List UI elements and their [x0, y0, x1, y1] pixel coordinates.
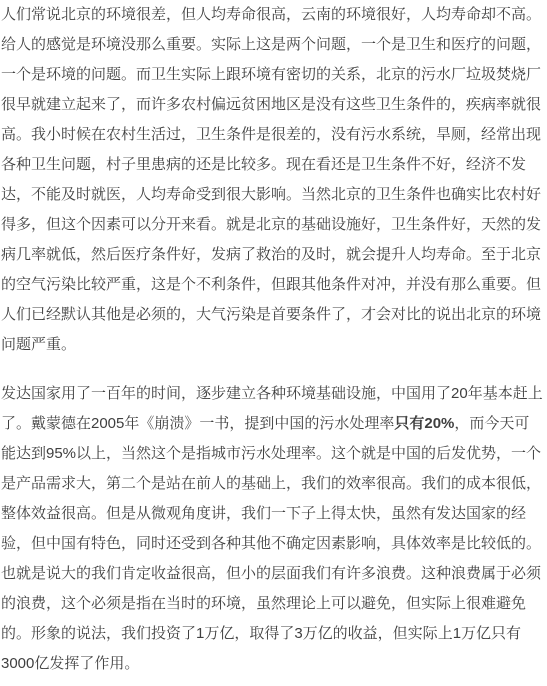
- text-segment: 各种卫生问题，村子里患病的还是比较多。现在看还是卫生条件不好，经济不发: [1, 156, 526, 173]
- text-line: 了。戴蒙德在2005年《崩溃》一书，提到中国的污水处理率只有20%，而今天可: [1, 409, 547, 439]
- text-line: 的空气污染比较严重，这是个不利条件，但跟其他条件对冲，并没有那么重要。但: [1, 270, 547, 300]
- paragraph: 人们常说北京的环境很差，但人均寿命很高，云南的环境很好，人均寿命却不高。给人的感…: [1, 0, 547, 360]
- text-segment: 3000亿发挥了作用。: [1, 655, 139, 672]
- text-segment: 能达到95%以上，当然这个是指城市污水处理率。这个就是中国的后发优势，一个: [1, 445, 541, 462]
- text-line: 给人的感觉是环境没那么重要。实际上这是两个问题，一个是卫生和医疗的问题，: [1, 30, 547, 60]
- bold-text: 只有20%: [394, 415, 454, 432]
- article-body: 人们常说北京的环境很差，但人均寿命很高，云南的环境很好，人均寿命却不高。给人的感…: [0, 0, 547, 679]
- text-line: 人们常说北京的环境很差，但人均寿命很高，云南的环境很好，人均寿命却不高。: [1, 0, 547, 30]
- text-segment: 给人的感觉是环境没那么重要。实际上这是两个问题，一个是卫生和医疗的问题，: [1, 36, 541, 53]
- text-line: 整体效益很高。但是从微观角度讲，我们一下子上得太快，虽然有发达国家的经: [1, 499, 547, 529]
- text-line: 达，不能及时就医，人均寿命受到很大影响。当然北京的卫生条件也确实比农村好: [1, 180, 547, 210]
- text-segment: 高。我小时候在农村生活过，卫生条件是很差的，没有污水系统，旱厕，经常出现: [1, 126, 541, 143]
- text-segment: 的。形象的说法，我们投资了1万亿，取得了3万亿的收益，但实际上1万亿只有: [1, 625, 521, 642]
- text-segment: 整体效益很高。但是从微观角度讲，我们一下子上得太快，虽然有发达国家的经: [1, 505, 526, 522]
- text-segment: 人们已经默认其他是必须的，大气污染是首要条件了，才会对比的说出北京的环境: [1, 306, 541, 323]
- paragraph: 发达国家用了一百年的时间，逐步建立各种环境基础设施，中国用了20年基本赶上了。戴…: [1, 379, 547, 679]
- text-segment: 的浪费，这个必须是指在当时的环境，虽然理论上可以避免，但实际上很难避免: [1, 595, 526, 612]
- article-page: 人们常说北京的环境很差，但人均寿命很高，云南的环境很好，人均寿命却不高。给人的感…: [0, 0, 547, 686]
- text-line: 人们已经默认其他是必须的，大气污染是首要条件了，才会对比的说出北京的环境: [1, 300, 547, 330]
- text-line: 发达国家用了一百年的时间，逐步建立各种环境基础设施，中国用了20年基本赶上: [1, 379, 547, 409]
- text-segment: 达，不能及时就医，人均寿命受到很大影响。当然北京的卫生条件也确实比农村好: [1, 186, 541, 203]
- text-line: 问题严重。: [1, 330, 547, 360]
- text-line: 的。形象的说法，我们投资了1万亿，取得了3万亿的收益，但实际上1万亿只有: [1, 619, 547, 649]
- text-line: 是产品需求大，第二个是站在前人的基础上，我们的效率很高。我们的成本很低，: [1, 469, 547, 499]
- text-line: 各种卫生问题，村子里患病的还是比较多。现在看还是卫生条件不好，经济不发: [1, 150, 547, 180]
- text-line: 的浪费，这个必须是指在当时的环境，虽然理论上可以避免，但实际上很难避免: [1, 589, 547, 619]
- text-line: 很早就建立起来了，而许多农村偏远贫困地区是没有这些卫生条件的，疾病率就很: [1, 90, 547, 120]
- text-line: 高。我小时候在农村生活过，卫生条件是很差的，没有污水系统，旱厕，经常出现: [1, 120, 547, 150]
- text-segment: 了。戴蒙德在2005年《崩溃》一书，提到中国的污水处理率: [1, 415, 394, 432]
- text-line: 病几率就低，然后医疗条件好，发病了救治的及时，就会提升人均寿命。至于北京: [1, 240, 547, 270]
- text-segment: 问题严重。: [1, 336, 76, 353]
- text-segment: 病几率就低，然后医疗条件好，发病了救治的及时，就会提升人均寿命。至于北京: [1, 246, 541, 263]
- text-line: 也就是说大的我们肯定收益很高，但小的层面我们有许多浪费。这种浪费属于必须: [1, 559, 547, 589]
- text-line: 得多，但这个因素可以分开来看。就是北京的基础设施好，卫生条件好，天然的发: [1, 210, 547, 240]
- text-segment: 一个是环境的问题。而卫生实际上跟环境有密切的关系，北京的污水厂垃圾焚烧厂: [1, 66, 541, 83]
- text-line: 验，但中国有特色，同时还受到各种其他不确定因素影响，具体效率是比较低的。: [1, 529, 547, 559]
- text-segment: 的空气污染比较严重，这是个不利条件，但跟其他条件对冲，并没有那么重要。但: [1, 276, 541, 293]
- text-line: 一个是环境的问题。而卫生实际上跟环境有密切的关系，北京的污水厂垃圾焚烧厂: [1, 60, 547, 90]
- text-segment: 是产品需求大，第二个是站在前人的基础上，我们的效率很高。我们的成本很低，: [1, 475, 541, 492]
- text-segment: 发达国家用了一百年的时间，逐步建立各种环境基础设施，中国用了20年基本赶上: [1, 385, 543, 402]
- text-segment: 得多，但这个因素可以分开来看。就是北京的基础设施好，卫生条件好，天然的发: [1, 216, 541, 233]
- text-line: 3000亿发挥了作用。: [1, 649, 547, 679]
- text-segment: 验，但中国有特色，同时还受到各种其他不确定因素影响，具体效率是比较低的。: [1, 535, 541, 552]
- text-segment: 也就是说大的我们肯定收益很高，但小的层面我们有许多浪费。这种浪费属于必须: [1, 565, 541, 582]
- text-segment: 很早就建立起来了，而许多农村偏远贫困地区是没有这些卫生条件的，疾病率就很: [1, 96, 541, 113]
- text-line: 能达到95%以上，当然这个是指城市污水处理率。这个就是中国的后发优势，一个: [1, 439, 547, 469]
- text-segment: ，而今天可: [454, 415, 529, 432]
- text-segment: 人们常说北京的环境很差，但人均寿命很高，云南的环境很好，人均寿命却不高。: [1, 6, 541, 23]
